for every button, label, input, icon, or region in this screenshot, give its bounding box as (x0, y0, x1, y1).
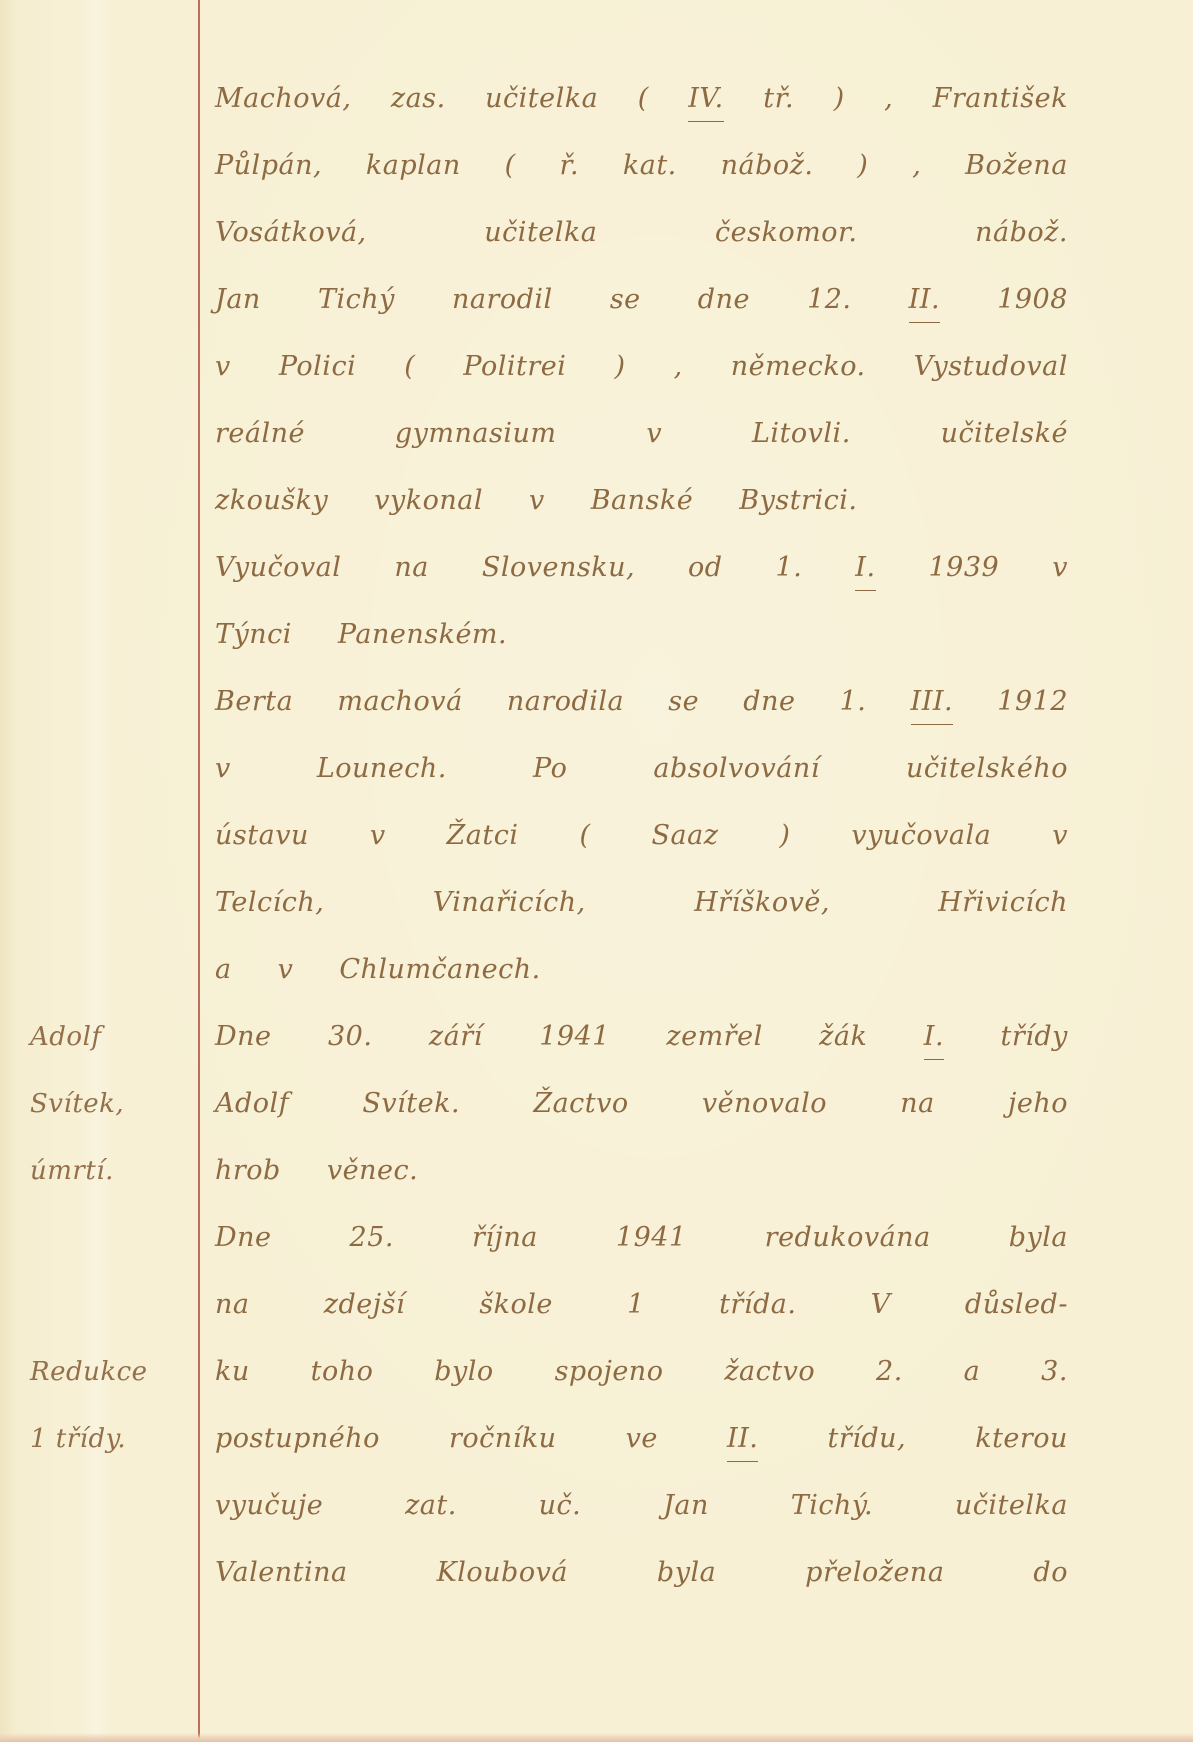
word: žactvo (724, 1351, 815, 1393)
word: 30. (328, 1016, 372, 1058)
word: , (912, 145, 921, 187)
word: 1 (627, 1284, 645, 1326)
word: Žatci (447, 815, 519, 857)
margin-note-line: 1 třídy. (30, 1418, 188, 1464)
word: spojeno (555, 1351, 664, 1393)
word: a (964, 1351, 981, 1393)
page-bottom-edge (0, 1733, 1193, 1742)
word: dne (743, 681, 795, 723)
manuscript-line: vPolici(Politrei),německo.Vystudoval (215, 346, 1068, 392)
word: 1912 (997, 681, 1068, 723)
word: hrob (215, 1150, 281, 1192)
word: Vyučoval (215, 547, 341, 589)
word: německo. (731, 346, 866, 388)
word: byla (657, 1552, 716, 1594)
word: ) (779, 815, 790, 857)
underlined-roman-numeral: II. (909, 279, 940, 323)
word: na (215, 1284, 250, 1326)
word: Politrei (463, 346, 566, 388)
word: od (688, 547, 723, 589)
word: Kloubová (437, 1552, 568, 1594)
manuscript-line: Machová,zas.učitelka(IV.tř.),František (215, 78, 1068, 124)
word: třídy (1001, 1016, 1068, 1058)
word: 1908 (997, 279, 1068, 321)
manuscript-line: VyučovalnaSlovensku,od1.I.1939v (215, 547, 1068, 593)
manuscript-line: JanTichýnarodilsedne12.II.1908 (215, 279, 1068, 325)
word: Saaz (652, 815, 719, 857)
word: učitelka (485, 78, 598, 120)
word: Hříškově, (694, 882, 830, 924)
word: se (610, 279, 641, 321)
word: gymnasium (395, 413, 557, 455)
word: a (215, 949, 232, 991)
word: v (646, 413, 662, 455)
word: ) (857, 145, 868, 187)
manuscript-line: Telcích,Vinařicích,Hříškově,Hřivicích (215, 882, 1068, 928)
word: 1941 (616, 1217, 687, 1259)
word: Tichý (318, 279, 395, 321)
manuscript-line: nazdejšíškole1třída.Vdůsled- (215, 1284, 1068, 1330)
word: Telcích, (215, 882, 324, 924)
word: důsled- (965, 1284, 1068, 1326)
word: škole (479, 1284, 553, 1326)
word: Litovli. (752, 413, 851, 455)
word: v (1052, 547, 1068, 589)
word: ( (638, 78, 649, 120)
margin-note-line: úmrtí. (30, 1150, 188, 1196)
word: Adolf (215, 1083, 289, 1125)
word: do (1033, 1552, 1068, 1594)
word: vykonal (374, 480, 483, 522)
word: zas. (391, 78, 446, 120)
word: toho (311, 1351, 374, 1393)
word: září (429, 1016, 483, 1058)
word: Po (533, 748, 567, 790)
underlined-roman-numeral: I. (924, 1016, 944, 1060)
manuscript-line: ValentinaKloubovábylapřeloženado (215, 1552, 1068, 1598)
word: ku (215, 1351, 250, 1393)
underlined-roman-numeral: I. (855, 547, 875, 591)
word: uč. (539, 1485, 582, 1527)
word: žák (819, 1016, 867, 1058)
word: jeho (1008, 1083, 1068, 1125)
word: českomor. (715, 212, 857, 254)
word: , (674, 346, 683, 388)
word: nábož. (975, 212, 1068, 254)
word: Lounech. (317, 748, 447, 790)
word: zat. (405, 1485, 457, 1527)
manuscript-line: zkouškyvykonalvBanskéBystrici. (215, 480, 1068, 526)
word: narodila (507, 681, 624, 723)
word: v (215, 346, 231, 388)
manuscript-line: Půlpán,kaplan(ř.kat.nábož.),Božena (215, 145, 1068, 191)
manuscript-page: AdolfSvítek,úmrtí.Redukce1 třídy. Machov… (0, 0, 1193, 1742)
word: věnec. (327, 1150, 418, 1192)
word: Dne (215, 1217, 272, 1259)
word: na (394, 547, 429, 589)
word: ( (579, 815, 590, 857)
manuscript-line: reálnégymnasiumvLitovli.učitelské (215, 413, 1068, 459)
word: postupného (215, 1418, 380, 1460)
word: 3. (1041, 1351, 1068, 1393)
margin-note-line: Adolf (30, 1016, 188, 1062)
word: října (472, 1217, 538, 1259)
word: Berta (215, 681, 293, 723)
word: v (370, 815, 386, 857)
word: Svítek. (362, 1083, 460, 1125)
word: vyučovala (851, 815, 991, 857)
word: ústavu (215, 815, 309, 857)
manuscript-line: kutohobylospojenožactvo2.a3. (215, 1351, 1068, 1397)
word: na (900, 1083, 935, 1125)
word: V (871, 1284, 891, 1326)
word: Týnci (215, 614, 292, 656)
word: Vystudoval (914, 346, 1068, 388)
manuscript-line: Vosátková,učitelkačeskomor.nábož. (215, 212, 1068, 258)
word: v (215, 748, 231, 790)
word: ročníku (449, 1418, 557, 1460)
word: , (884, 78, 893, 120)
underlined-roman-numeral: III. (911, 681, 954, 725)
word: Božena (965, 145, 1068, 187)
word: ) (614, 346, 625, 388)
word: přeložena (805, 1552, 944, 1594)
word: ř. (560, 145, 580, 187)
word: Dne (215, 1016, 272, 1058)
manuscript-line: ústavuvŽatci(Saaz)vyučovalav (215, 815, 1068, 861)
word: ( (404, 346, 415, 388)
word: Jan (663, 1485, 709, 1527)
manuscript-line: hrobvěnec. (215, 1150, 1068, 1196)
word: Machová, (215, 78, 351, 120)
word: bylo (434, 1351, 493, 1393)
word: Polici (279, 346, 356, 388)
word: tř. (763, 78, 794, 120)
manuscript-line: AdolfSvítek.Žactvověnovalonajeho (215, 1083, 1068, 1129)
word: třídu, (827, 1418, 906, 1460)
word: věnovalo (702, 1083, 827, 1125)
word: učitelské (941, 413, 1068, 455)
word: v (278, 949, 294, 991)
word: narodil (452, 279, 553, 321)
word: 1941 (539, 1016, 610, 1058)
manuscript-line: avChlumčanech. (215, 949, 1068, 995)
manuscript-line: Dne30.září1941zemřelžákI.třídy (215, 1016, 1068, 1062)
word: 25. (350, 1217, 394, 1259)
word: ) (834, 78, 845, 120)
word: Tichý. (791, 1485, 873, 1527)
margin-notes-column: AdolfSvítek,úmrtí.Redukce1 třídy. (30, 0, 188, 1742)
word: Slovensku, (482, 547, 635, 589)
word: kterou (975, 1418, 1068, 1460)
manuscript-line: postupnéhoročníkuveII.třídu,kterou (215, 1418, 1068, 1464)
word: reálné (215, 413, 305, 455)
word: učitelského (906, 748, 1068, 790)
word: nábož. (721, 145, 814, 187)
word: zdejší (324, 1284, 405, 1326)
word: Hřivicích (938, 882, 1068, 924)
word: redukována (765, 1217, 931, 1259)
word: ve (626, 1418, 658, 1460)
word: ( (505, 145, 516, 187)
word: Jan (215, 279, 261, 321)
margin-note-line: Redukce (30, 1351, 188, 1397)
word: v (1052, 815, 1068, 857)
word: se (668, 681, 699, 723)
margin-note-line: Svítek, (30, 1083, 188, 1129)
word: v (529, 480, 545, 522)
word: Panenském. (338, 614, 507, 656)
word: Vinařicích, (433, 882, 586, 924)
word: byla (1009, 1217, 1068, 1259)
word: zemřel (666, 1016, 762, 1058)
word: Banské (591, 480, 694, 522)
word: 1. (840, 681, 867, 723)
underlined-roman-numeral: IV. (688, 78, 724, 122)
word: učitelka (484, 212, 597, 254)
word: kaplan (366, 145, 461, 187)
manuscript-line: Dne25.října1941redukovánabyla (215, 1217, 1068, 1263)
word: vyučuje (215, 1485, 323, 1527)
manuscript-line: vLounech.Poabsolvováníučitelského (215, 748, 1068, 794)
word: Valentina (215, 1552, 348, 1594)
word: zkoušky (215, 480, 328, 522)
word: 12. (807, 279, 851, 321)
word: kat. (623, 145, 677, 187)
word: Žactvo (533, 1083, 628, 1125)
manuscript-text-column: Machová,zas.učitelka(IV.tř.),FrantišekPů… (215, 0, 1068, 1742)
word: dne (698, 279, 750, 321)
word: František (933, 78, 1068, 120)
word: 1939 (929, 547, 1000, 589)
word: Chlumčanech. (339, 949, 540, 991)
manuscript-line: TýnciPanenském. (215, 614, 1068, 660)
word: machová (337, 681, 462, 723)
manuscript-line: Bertamachovánarodilasedne1.III.1912 (215, 681, 1068, 727)
word: absolvování (653, 748, 820, 790)
manuscript-line: vyučujezat.uč.JanTichý.učitelka (215, 1485, 1068, 1531)
word: učitelka (955, 1485, 1068, 1527)
underlined-roman-numeral: II. (727, 1418, 758, 1462)
word: Bystrici. (739, 480, 857, 522)
word: 2. (876, 1351, 903, 1393)
word: třída. (719, 1284, 796, 1326)
word: Vosátková, (215, 212, 367, 254)
word: 1. (776, 547, 803, 589)
margin-rule-line (198, 0, 200, 1742)
word: Půlpán, (215, 145, 322, 187)
